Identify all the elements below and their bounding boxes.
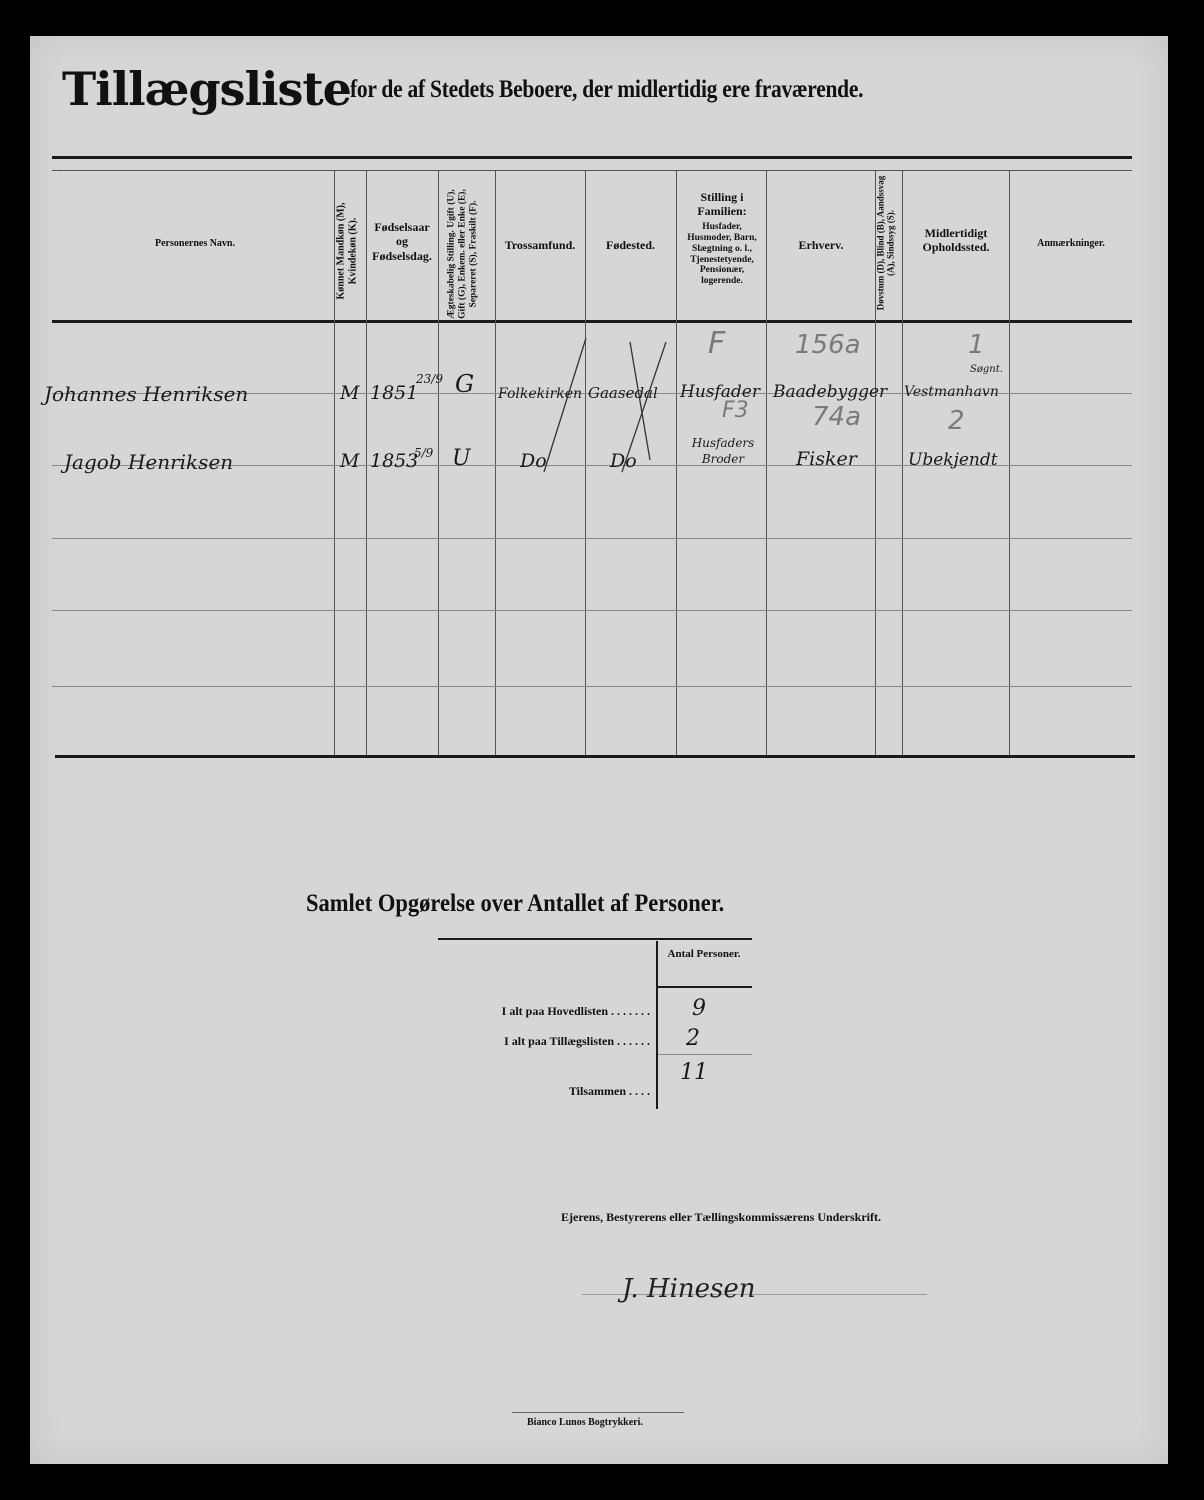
summary-label-main-list: I alt paa Hovedlisten . . . . . . .	[430, 1004, 650, 1019]
summary-vertical-rule	[656, 941, 658, 1109]
summary-top-rule	[438, 938, 752, 940]
summary-label-supplement-list: I alt paa Tillægslisten . . . . . .	[430, 1034, 650, 1049]
summary-subtotal-rule	[658, 1054, 752, 1055]
printer-rule	[512, 1412, 684, 1413]
strike-marks	[0, 0, 1204, 800]
printer-imprint: Bianco Lunos Bogtrykkeri.	[527, 1417, 643, 1428]
summary-value-main-list: 9	[692, 996, 706, 1021]
summary-column-header: Antal Personer.	[664, 948, 744, 961]
summary-title: Samlet Opgørelse over Antallet af Person…	[306, 890, 724, 918]
signature-label: Ejerens, Bestyrerens eller Tællingskommi…	[561, 1210, 881, 1225]
summary-value-total: 11	[680, 1060, 708, 1085]
summary-header-rule	[657, 986, 752, 988]
summary-value-supplement-list: 2	[686, 1026, 700, 1051]
summary-label-total: Tilsammen . . . .	[430, 1084, 650, 1099]
signature-value: J. Hinesen	[622, 1274, 756, 1304]
